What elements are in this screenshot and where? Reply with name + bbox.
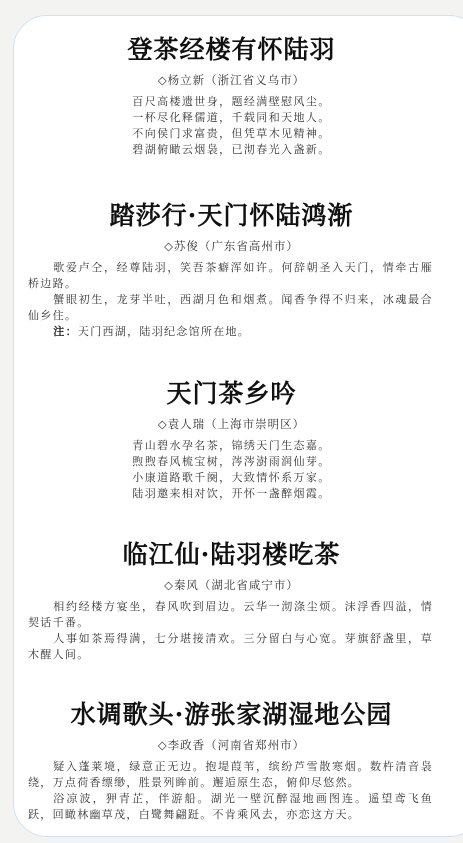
verse-line: 百尺高楼遗世身，题经满壁慰风尘。 bbox=[0, 94, 463, 110]
poem-author: ◇袁人瑞（上海市崇明区） bbox=[0, 416, 463, 432]
poem-body: 相约经楼方宴坐，春风吹到眉边。云华一沏涤尘烦。沫浮香四溢，情契话千番。 人事如茶… bbox=[0, 599, 463, 663]
poem-author: ◇秦风（湖北省咸宁市） bbox=[0, 577, 463, 593]
poem-paragraph: 相约经楼方宴坐，春风吹到眉边。云华一沏涤尘烦。沫浮香四溢，情契话千番。 bbox=[28, 599, 433, 631]
poem-2: 踏莎行·天门怀陆鸿渐 ◇苏俊（广东省高州市） 歌爱卢仝，经尊陆羽，笑吾茶癖浑如许… bbox=[0, 196, 463, 340]
note-text: 天门西湖，陆羽纪念馆所在地。 bbox=[78, 325, 250, 338]
poem-title: 踏莎行·天门怀陆鸿渐 bbox=[0, 196, 463, 232]
note-label: 注： bbox=[53, 325, 78, 338]
poem-paragraph: 蟹眼初生，龙芽半吐，西湖月色和烟煮。闻香争得不归来，冰魂最合仙乡住。 bbox=[28, 292, 433, 324]
poem-paragraph: 疑入蓬莱境，绿意正无边。抱堤葭苇，缤纷芦雪散寒烟。数杵清音袅绕，万点荷香缥缈，胜… bbox=[28, 759, 433, 791]
poem-paragraph: 人事如茶焉得满，七分堪接清欢。三分留白与心宽。芽旗舒盏里，草木醒人间。 bbox=[28, 631, 433, 663]
verse-line: 不向侯门求富贵，但凭草木见精神。 bbox=[0, 126, 463, 142]
poem-paragraph: 浴凉波，狎青芷，伴游船。湖光一壁沉醉湿地画图连。遥望鸢飞鱼跃，回瞰林幽草茂，白鹭… bbox=[28, 791, 433, 823]
poem-title: 天门茶乡吟 bbox=[0, 374, 463, 410]
poem-1: 登茶经楼有怀陆羽 ◇杨立新（浙江省义乌市） 百尺高楼遗世身，题经满壁慰风尘。 一… bbox=[0, 30, 463, 158]
poem-body: 疑入蓬莱境，绿意正无边。抱堤葭苇，缤纷芦雪散寒烟。数杵清音袅绕，万点荷香缥缈，胜… bbox=[0, 759, 463, 823]
poem-author: ◇杨立新（浙江省义乌市） bbox=[0, 72, 463, 88]
poem-verse: 百尺高楼遗世身，题经满壁慰风尘。 一杯尽化释儒道，千载同和天地人。 不向侯门求富… bbox=[0, 94, 463, 158]
poem-title: 水调歌头·游张家湖湿地公园 bbox=[0, 695, 463, 731]
poem-title: 临江仙·陆羽楼吃茶 bbox=[0, 535, 463, 571]
verse-line: 陆羽邀来相对饮，开怀一盏醉烟霞。 bbox=[0, 486, 463, 502]
poem-paragraph: 歌爱卢仝，经尊陆羽，笑吾茶癖浑如许。何辞朝圣入天门，情牵古雁桥边路。 bbox=[28, 260, 433, 292]
poem-author: ◇苏俊（广东省高州市） bbox=[0, 238, 463, 254]
verse-line: 一杯尽化释儒道，千载同和天地人。 bbox=[0, 110, 463, 126]
poem-author: ◇李政香（河南省郑州市） bbox=[0, 737, 463, 753]
poem-4: 临江仙·陆羽楼吃茶 ◇秦风（湖北省咸宁市） 相约经楼方宴坐，春风吹到眉边。云华一… bbox=[0, 535, 463, 663]
poem-verse: 青山碧水孕名茶，锦绣天门生态嘉。 煦煦春风梳宝树，涔涔澍雨润仙芽。 小康道路歌千… bbox=[0, 438, 463, 502]
verse-line: 煦煦春风梳宝树，涔涔澍雨润仙芽。 bbox=[0, 454, 463, 470]
verse-line: 小康道路歌千阕，大致情怀系万家。 bbox=[0, 470, 463, 486]
verse-line: 青山碧水孕名茶，锦绣天门生态嘉。 bbox=[0, 438, 463, 454]
poem-5: 水调歌头·游张家湖湿地公园 ◇李政香（河南省郑州市） 疑入蓬莱境，绿意正无边。抱… bbox=[0, 695, 463, 823]
verse-line: 碧湖俯瞰云烟袅，已沏春光入盏新。 bbox=[0, 142, 463, 158]
poem-body: 歌爱卢仝，经尊陆羽，笑吾茶癖浑如许。何辞朝圣入天门，情牵古雁桥边路。 蟹眼初生，… bbox=[0, 260, 463, 340]
poem-3: 天门茶乡吟 ◇袁人瑞（上海市崇明区） 青山碧水孕名茶，锦绣天门生态嘉。 煦煦春风… bbox=[0, 374, 463, 502]
poem-note: 注：天门西湖，陆羽纪念馆所在地。 bbox=[28, 324, 433, 340]
poem-title: 登茶经楼有怀陆羽 bbox=[0, 30, 463, 66]
